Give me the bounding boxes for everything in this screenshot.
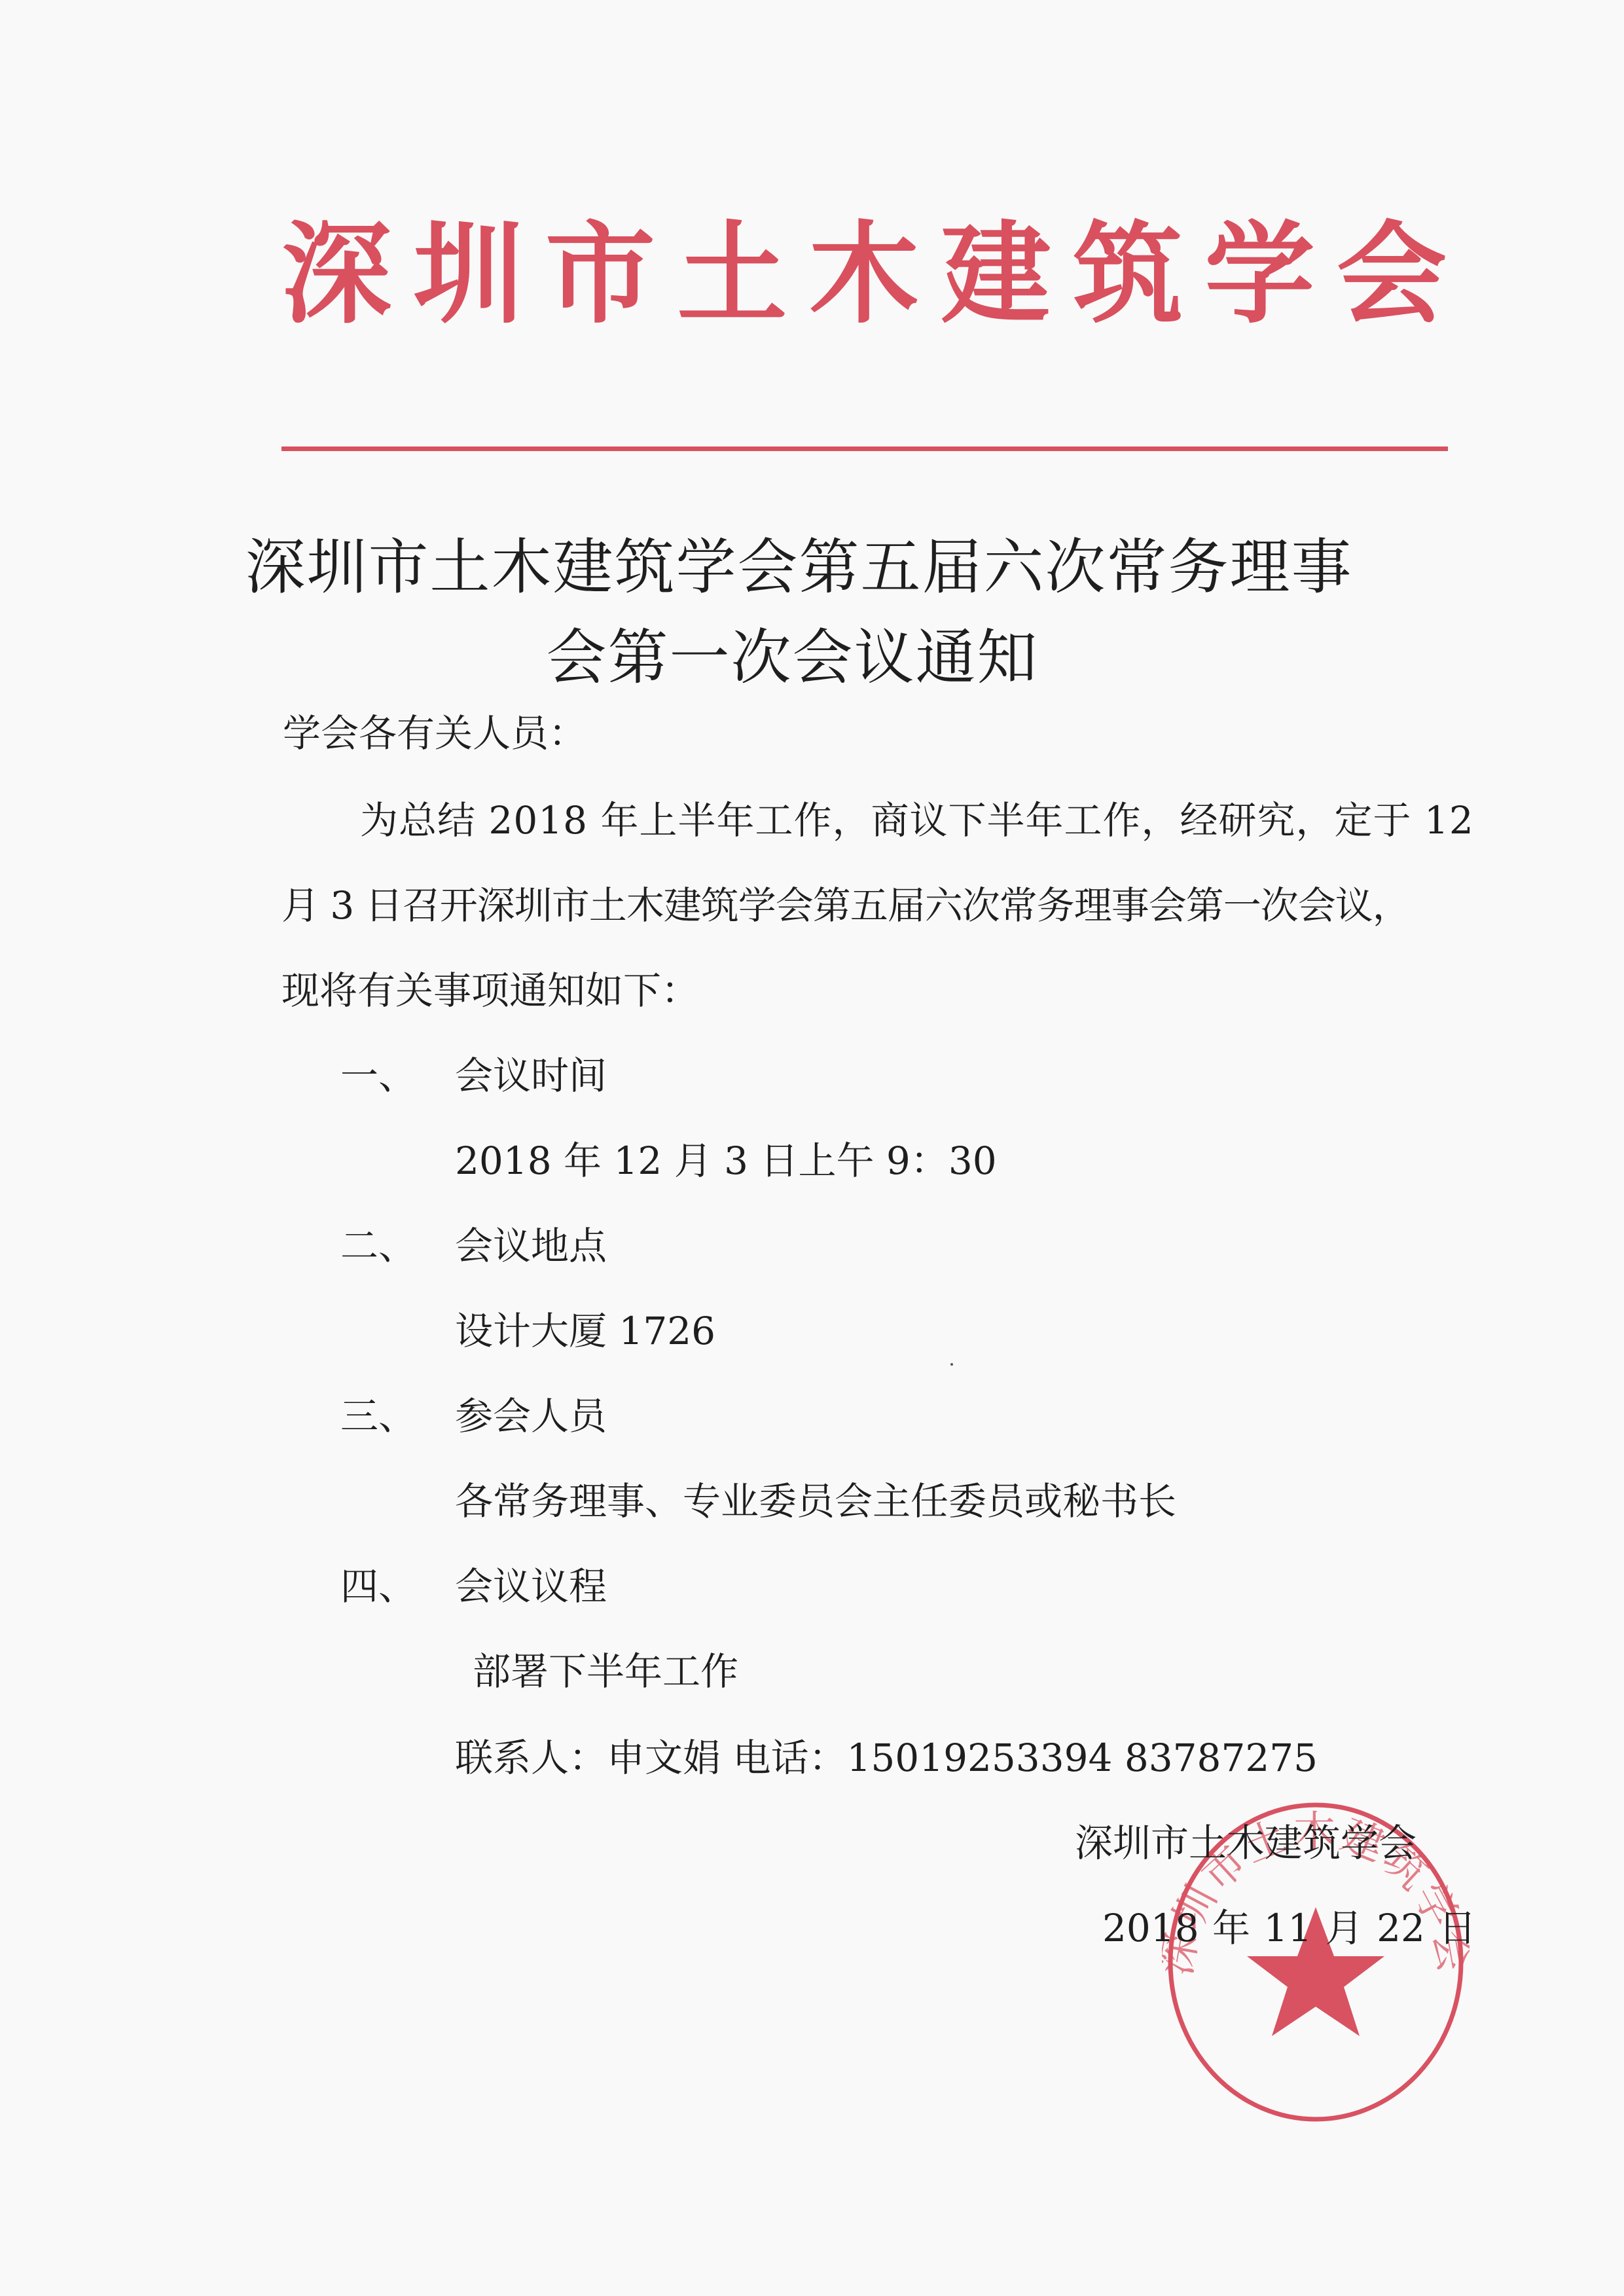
section-number: 三、 bbox=[340, 1393, 416, 1439]
contact-mobile: 15019253394 bbox=[846, 1736, 1112, 1780]
intro-line-3: 现将有关事项通知如下： bbox=[281, 968, 699, 1013]
scan-speck bbox=[950, 1363, 953, 1366]
contact-name: 申文娟 bbox=[607, 1736, 721, 1780]
contact-line: 联系人：申文娟 电话：15019253394 83787275 bbox=[455, 1735, 1318, 1781]
letterhead-char: 土 bbox=[677, 208, 787, 339]
contact-label: 联系人： bbox=[455, 1736, 607, 1780]
section-heading-agenda: 会议议程 bbox=[455, 1563, 607, 1609]
signature-date: 2018 年 11 月 22 日 bbox=[1102, 1905, 1476, 1951]
letterhead-char: 学 bbox=[1205, 208, 1315, 339]
intro-line-1: 为总结 2018 年上半年工作，商议下半年工作，经研究，定于 12 bbox=[360, 797, 1474, 843]
signature-org: 深圳市土木建筑学会 bbox=[1075, 1820, 1416, 1866]
letterhead-char: 深 bbox=[281, 208, 391, 339]
salutation: 学会各有关人员： bbox=[283, 710, 586, 756]
letterhead-char: 圳 bbox=[414, 208, 524, 339]
intro-line-2: 月 3 日召开深圳市土木建筑学会第五届六次常务理事会第一次会议， bbox=[281, 883, 1410, 928]
letterhead-char: 建 bbox=[941, 208, 1051, 339]
meeting-attendees-value: 各常务理事、专业委员会主任委员或秘书长 bbox=[455, 1478, 1176, 1524]
contact-landline: 83787275 bbox=[1125, 1736, 1318, 1780]
section-number: 四、 bbox=[340, 1563, 416, 1609]
letterhead-divider bbox=[281, 446, 1448, 451]
letterhead-org-name: 深 圳 市 土 木 建 筑 学 会 bbox=[281, 208, 1447, 339]
document-title-line-2: 会第一次会议通知 bbox=[0, 622, 1604, 694]
section-heading-time: 会议时间 bbox=[455, 1053, 607, 1099]
letterhead-char: 筑 bbox=[1073, 208, 1183, 339]
letterhead-char: 会 bbox=[1337, 208, 1447, 339]
section-number: 一、 bbox=[340, 1053, 416, 1099]
section-heading-attendees: 参会人员 bbox=[455, 1393, 607, 1439]
meeting-agenda-value: 部署下半年工作 bbox=[473, 1649, 738, 1694]
meeting-time-value: 2018 年 12 月 3 日上午 9：30 bbox=[455, 1138, 997, 1184]
letterhead-char: 市 bbox=[545, 208, 655, 339]
section-heading-location: 会议地点 bbox=[455, 1223, 607, 1269]
document-title-line-1: 深圳市土木建筑学会第五届六次常务理事 bbox=[0, 532, 1611, 604]
meeting-location-value: 设计大厦 1726 bbox=[455, 1308, 715, 1354]
section-number: 二、 bbox=[340, 1223, 416, 1269]
letterhead-char: 木 bbox=[809, 208, 919, 339]
phone-label: 电话： bbox=[732, 1736, 846, 1780]
